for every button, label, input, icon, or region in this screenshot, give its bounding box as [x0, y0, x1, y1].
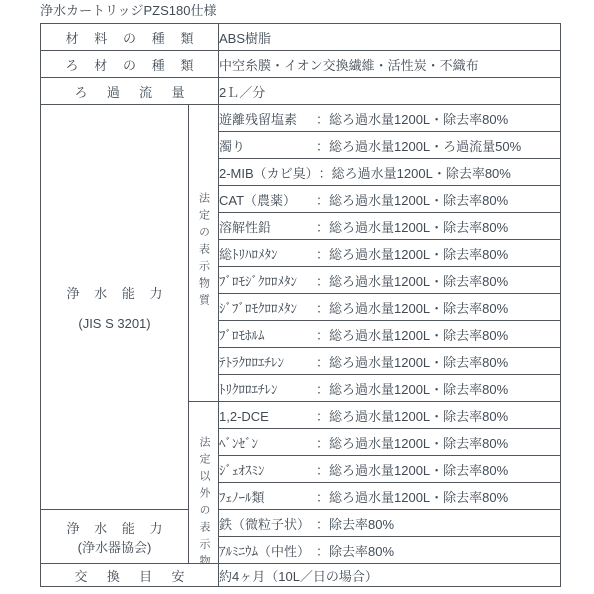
- table-row: ろ過流量 2Ｌ／分: [41, 78, 561, 105]
- capability-jis-standard: (JIS S 3201): [41, 316, 188, 331]
- value-cell: ﾌﾞﾛﾓﾎﾙﾑ：総ろ過水量1200L・除去率80%: [219, 321, 561, 348]
- substance-spec: ：総ろ過水量1200L・除去率80%: [316, 193, 508, 208]
- page-title: 浄水カートリッジPZS180仕様: [40, 3, 594, 19]
- substance-name: ﾌﾞﾛﾓｼﾞｸﾛﾛﾒﾀﾝ: [219, 271, 316, 290]
- value-cell: 濁り：総ろ過水量1200L・ろ過流量50%: [219, 132, 561, 159]
- page: 浄水カートリッジPZS180仕様 材料の種類 ABS樹脂 ろ材の種類 中空糸膜・…: [0, 0, 594, 587]
- value-cell: 2Ｌ／分: [219, 78, 561, 105]
- table-row: 浄水能力 (浄水器協会) 鉄（微粒子状）：除去率80%: [41, 510, 561, 537]
- substance-spec: ：総ろ過水量1200L・除去率80%: [316, 490, 508, 505]
- row-label-replacement: 交換目安: [41, 564, 219, 587]
- substance-spec: ：総ろ過水量1200L・除去率80%: [316, 274, 508, 289]
- value-cell: CAT（農薬）：総ろ過水量1200L・除去率80%: [219, 186, 561, 213]
- table-row: 浄水能力 (JIS S 3201) 法定の表示物質 遊離残留塩素：総ろ過水量12…: [41, 105, 561, 132]
- substance-name: ｼﾞﾌﾞﾛﾓｸﾛﾛﾒﾀﾝ: [219, 298, 316, 317]
- substance-name: ﾄﾘｸﾛﾛｴﾁﾚﾝ: [219, 379, 316, 398]
- value-cell: ﾌｪﾉｰﾙ類：総ろ過水量1200L・除去率80%: [219, 483, 561, 510]
- value-cell: ﾍﾞﾝｾﾞﾝ：総ろ過水量1200L・除去率80%: [219, 429, 561, 456]
- substance-spec: ：除去率80%: [316, 517, 394, 532]
- substance-spec: ：総ろ過水量1200L・除去率80%: [316, 436, 508, 451]
- substance-name: ﾍﾞﾝｾﾞﾝ: [219, 433, 316, 452]
- value-cell: 2-MIB（カビ臭）：総ろ過水量1200L・除去率80%: [219, 159, 561, 186]
- group-label-legal: 法定の表示物質: [189, 105, 219, 402]
- substance-spec: ：総ろ過水量1200L・除去率80%: [316, 220, 508, 235]
- value-cell: 鉄（微粒子状）：除去率80%: [219, 510, 561, 537]
- substance-name: 遊離残留塩素: [219, 109, 316, 128]
- value-cell: 溶解性鉛：総ろ過水量1200L・除去率80%: [219, 213, 561, 240]
- substance-spec: ：総ろ過水量1200L・除去率80%: [316, 355, 508, 370]
- substance-name: ﾌｪﾉｰﾙ類: [219, 487, 316, 506]
- substance-name: 溶解性鉛: [219, 217, 316, 236]
- row-label-material: 材料の種類: [41, 24, 219, 51]
- value-cell: ABS樹脂: [219, 24, 561, 51]
- table-row: 材料の種類 ABS樹脂: [41, 24, 561, 51]
- value-cell: ｼﾞｪｵｽﾐﾝ：総ろ過水量1200L・除去率80%: [219, 456, 561, 483]
- value-cell: ﾃﾄﾗｸﾛﾛｴﾁﾚﾝ：総ろ過水量1200L・除去率80%: [219, 348, 561, 375]
- value-cell: 中空糸膜・イオン交換繊維・活性炭・不織布: [219, 51, 561, 78]
- substance-name: 鉄（微粒子状）: [219, 514, 316, 533]
- substance-spec: ：総ろ過水量1200L・除去率80%: [316, 247, 508, 262]
- substance-name: ﾌﾞﾛﾓﾎﾙﾑ: [219, 325, 316, 344]
- substance-spec: ：総ろ過水量1200L・除去率80%: [316, 328, 508, 343]
- value-cell: 1,2-DCE：総ろ過水量1200L・除去率80%: [219, 402, 561, 429]
- row-label-filter-media: ろ材の種類: [41, 51, 219, 78]
- group-label-nonlegal: 法定以外の表示物質: [189, 402, 219, 564]
- substance-spec: ：総ろ過水量1200L・除去率80%: [316, 463, 508, 478]
- substance-spec: ：除去率80%: [316, 544, 394, 559]
- spec-table: 材料の種類 ABS樹脂 ろ材の種類 中空糸膜・イオン交換繊維・活性炭・不織布 ろ…: [40, 23, 561, 587]
- value-cell: 約4ヶ月（10L／日の場合）: [219, 564, 561, 587]
- table-row: ろ材の種類 中空糸膜・イオン交換繊維・活性炭・不織布: [41, 51, 561, 78]
- capability-assoc-standard: (浄水器協会): [41, 537, 188, 556]
- value-cell: ﾄﾘｸﾛﾛｴﾁﾚﾝ：総ろ過水量1200L・除去率80%: [219, 375, 561, 402]
- substance-name: CAT（農薬）: [219, 190, 316, 209]
- value-cell: 総ﾄﾘﾊﾛﾒﾀﾝ：総ろ過水量1200L・除去率80%: [219, 240, 561, 267]
- value-cell: ｼﾞﾌﾞﾛﾓｸﾛﾛﾒﾀﾝ：総ろ過水量1200L・除去率80%: [219, 294, 561, 321]
- substance-name: 濁り: [219, 136, 316, 155]
- table-row: 交換目安 約4ヶ月（10L／日の場合）: [41, 564, 561, 587]
- substance-name: ﾃﾄﾗｸﾛﾛｴﾁﾚﾝ: [219, 352, 316, 371]
- row-label-flow-rate: ろ過流量: [41, 78, 219, 105]
- substance-spec: ：総ろ過水量1200L・除去率80%: [319, 166, 511, 181]
- value-cell: ﾌﾞﾛﾓｼﾞｸﾛﾛﾒﾀﾝ：総ろ過水量1200L・除去率80%: [219, 267, 561, 294]
- substance-spec: ：総ろ過水量1200L・ろ過流量50%: [316, 139, 521, 154]
- substance-name: ｱﾙﾐﾆｳﾑ（中性）: [219, 541, 316, 560]
- substance-name: ｼﾞｪｵｽﾐﾝ: [219, 460, 316, 479]
- substance-spec: ：総ろ過水量1200L・除去率80%: [316, 112, 508, 127]
- substance-name: 2-MIB（カビ臭）: [219, 163, 319, 182]
- value-cell: 遊離残留塩素：総ろ過水量1200L・除去率80%: [219, 105, 561, 132]
- substance-spec: ：総ろ過水量1200L・除去率80%: [316, 409, 508, 424]
- value-cell: ｱﾙﾐﾆｳﾑ（中性）：除去率80%: [219, 537, 561, 564]
- substance-spec: ：総ろ過水量1200L・除去率80%: [316, 382, 508, 397]
- substance-name: 総ﾄﾘﾊﾛﾒﾀﾝ: [219, 244, 316, 263]
- section-label-capability-assoc: 浄水能力 (浄水器協会): [41, 510, 189, 564]
- substance-name: 1,2-DCE: [219, 409, 316, 424]
- section-label-capability-jis: 浄水能力 (JIS S 3201): [41, 105, 189, 510]
- substance-spec: ：総ろ過水量1200L・除去率80%: [316, 301, 508, 316]
